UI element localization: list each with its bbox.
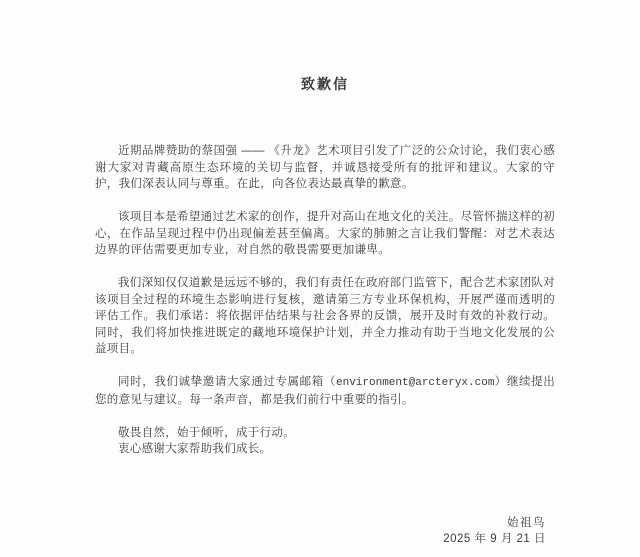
letter-paragraph-with-email: 同时，我们诚挚邀请大家通过专属邮箱（environment@arcteryx.c… xyxy=(95,374,555,408)
scanned-letter-page: 致歉信 近期品牌赞助的蔡国强 —— 《升龙》艺术项目引发了广泛的公众讨论，我们衷… xyxy=(0,0,640,557)
paragraph-text: 同时，我们诚挚邀请大家通过专属邮箱（ xyxy=(118,376,336,388)
closing-lines: 敬畏自然，始于倾听，成于行动。 衷心感谢大家帮助我们成长。 xyxy=(95,425,555,458)
letter-paragraph: 近期品牌赞助的蔡国强 —— 《升龙》艺术项目引发了广泛的公众讨论，我们衷心感谢大… xyxy=(95,143,555,193)
apology-letter: 致歉信 近期品牌赞助的蔡国强 —— 《升龙》艺术项目引发了广泛的公众讨论，我们衷… xyxy=(95,0,555,548)
signature-name: 始祖鸟 xyxy=(95,515,546,532)
closing-line: 敬畏自然，始于倾听，成于行动。 xyxy=(95,425,555,442)
letter-title: 致歉信 xyxy=(95,76,555,93)
closing-line: 衷心感谢大家帮助我们成长。 xyxy=(95,441,555,458)
letter-paragraph: 该项目本是希望通过艺术家的创作，提升对高山在地文化的关注。尽管怀揣这样的初心，在… xyxy=(95,209,555,259)
letter-paragraph: 我们深知仅仅道歉是远远不够的，我们有责任在政府部门监管下，配合艺术家团队对该项目… xyxy=(95,275,555,358)
signature-date: 2025 年 9 月 21 日 xyxy=(95,531,546,548)
letter-body: 近期品牌赞助的蔡国强 —— 《升龙》艺术项目引发了广泛的公众讨论，我们衷心感谢大… xyxy=(95,143,555,548)
signature-block: 始祖鸟 2025 年 9 月 21 日 xyxy=(95,515,555,548)
email-address: environment@arcteryx.com xyxy=(336,377,494,389)
